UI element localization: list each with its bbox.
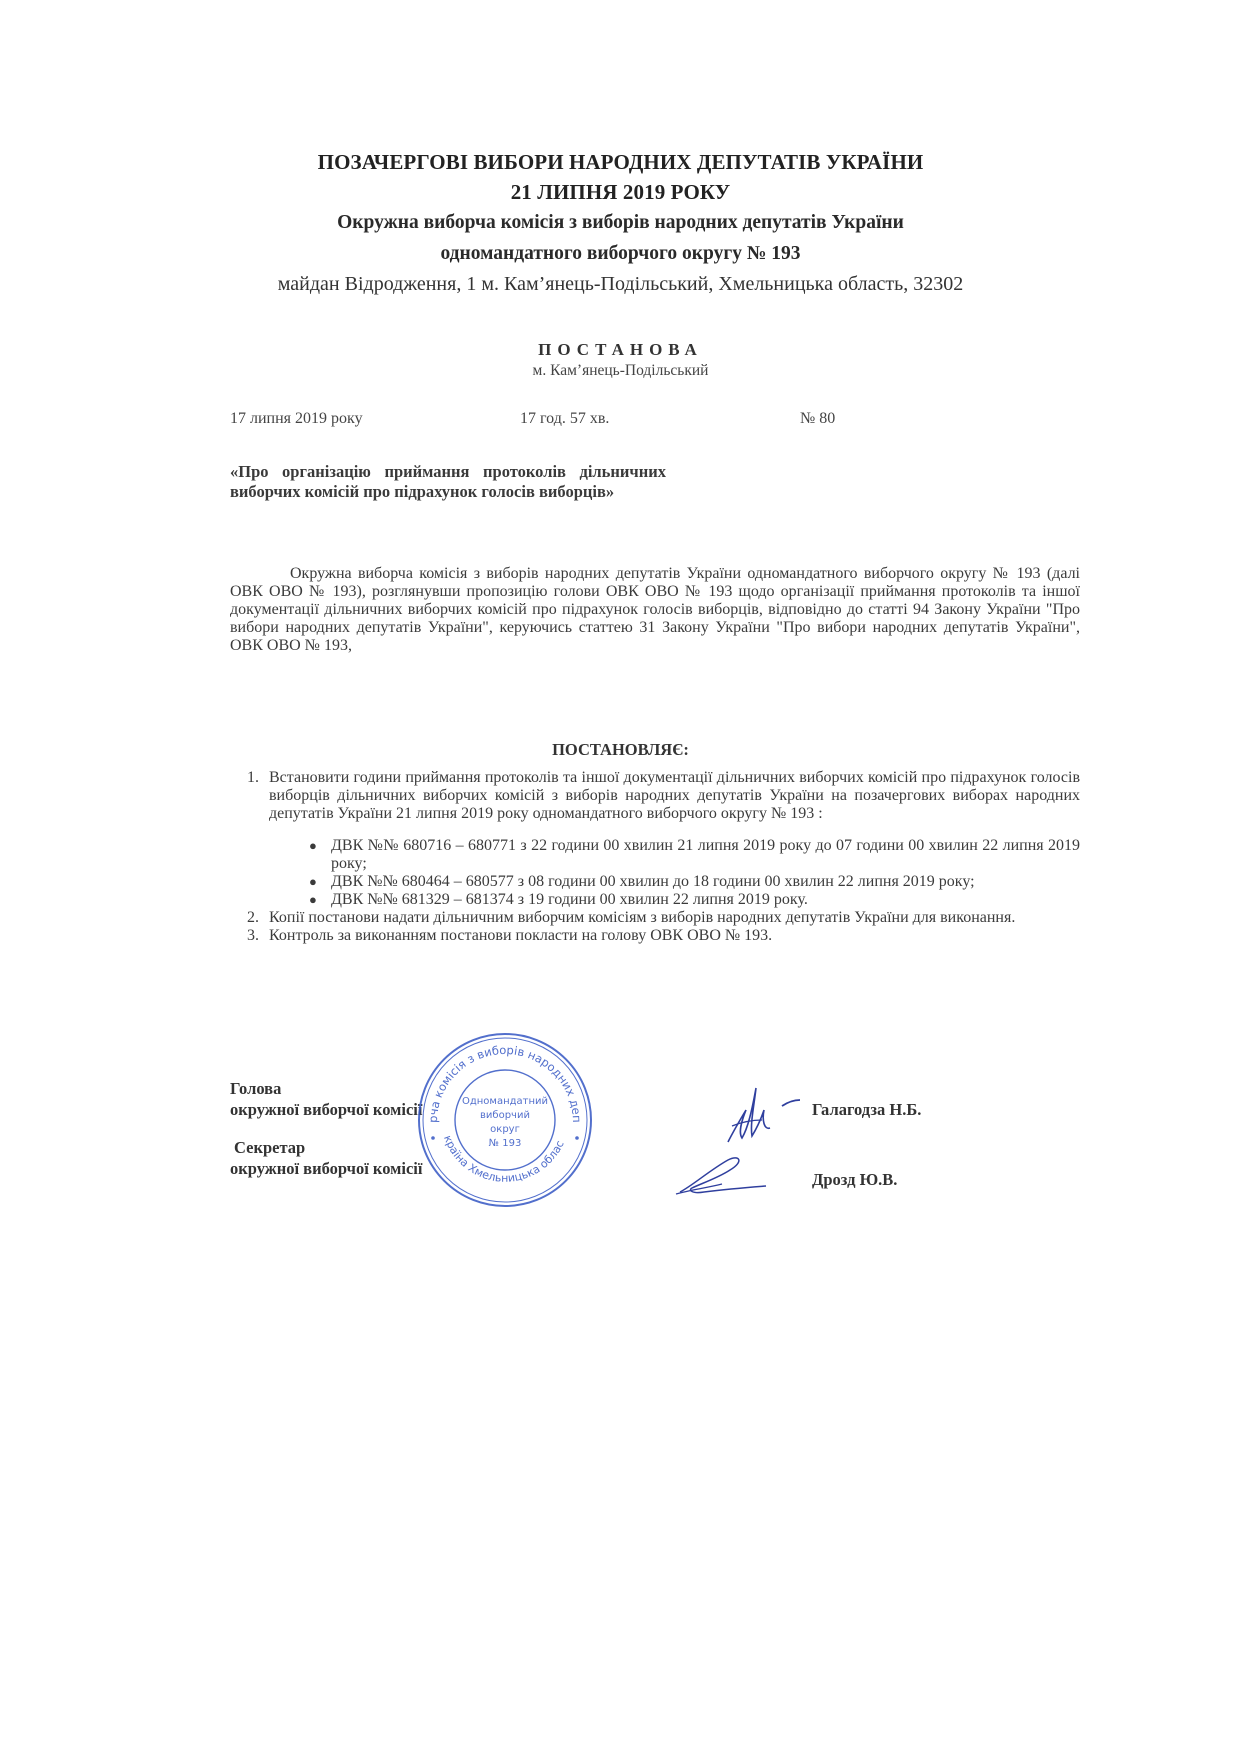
preamble-text: Окружна виборча комісія з виборів народн… — [230, 565, 1080, 654]
item-text: Копії постанови надати дільничним виборч… — [269, 909, 1015, 926]
document-date: 17 липня 2019 року — [230, 410, 363, 428]
chair-signature-icon — [720, 1080, 820, 1150]
svg-text:№ 193: № 193 — [489, 1138, 522, 1149]
item-text: Контроль за виконанням постанови покласт… — [269, 927, 772, 944]
official-stamp-icon: Окружна виборча комісія з виборів народн… — [415, 1030, 595, 1210]
list-item: ●ДВК №№ 680716 – 680771 з 22 години 00 х… — [269, 837, 1080, 873]
chair-name: Галагодза Н.Б. — [812, 1100, 921, 1120]
item-number: 3. — [247, 927, 259, 945]
resolves-heading: ПОСТАНОВЛЯЄ: — [0, 740, 1241, 760]
document-subject: «Про організацію приймання протоколів ді… — [230, 462, 666, 502]
document-time: 17 год. 57 хв. — [520, 410, 609, 428]
secretary-signature-icon — [670, 1150, 780, 1200]
document-type: ПОСТАНОВА — [0, 340, 1241, 360]
item-number: 1. — [247, 769, 259, 787]
item-number: 2. — [247, 909, 259, 927]
election-date: 21 ЛИПНЯ 2019 РОКУ — [0, 180, 1241, 205]
preamble: Окружна виборча комісія з виборів народн… — [230, 565, 1080, 655]
svg-text:виборчий: виборчий — [480, 1110, 530, 1121]
resolution-item-2: 2. Копії постанови надати дільничним виб… — [247, 909, 1080, 927]
resolution-item-1: 1. Встановити години приймання протоколі… — [247, 769, 1080, 909]
list-item: ●ДВК №№ 680464 – 680577 з 08 години 00 х… — [269, 873, 1080, 891]
document-city: м. Кам’янець-Подільський — [0, 362, 1241, 380]
svg-text:округ: округ — [490, 1124, 520, 1135]
item-text: Встановити години приймання протоколів т… — [269, 769, 1080, 822]
secretary-name: Дрозд Ю.В. — [812, 1170, 897, 1190]
district-name: одномандатного виборчого округу № 193 — [0, 243, 1241, 265]
commission-address: майдан Відродження, 1 м. Кам’янець-Поділ… — [0, 273, 1241, 296]
bullet-icon: ● — [309, 873, 317, 891]
commission-name: Окружна виборча комісія з виборів народн… — [0, 212, 1241, 234]
secretary-label: Секретар окружної виборчої комісії — [230, 1137, 422, 1179]
bullet-icon: ● — [309, 837, 317, 855]
chair-label: Голова окружної виборчої комісії — [230, 1078, 422, 1120]
resolution-item-3: 3. Контроль за виконанням постанови покл… — [247, 927, 1080, 945]
list-item: ●ДВК №№ 681329 – 681374 з 19 години 00 х… — [269, 891, 1080, 909]
bullet-icon: ● — [309, 891, 317, 909]
polling-station-list: ●ДВК №№ 680716 – 680771 з 22 години 00 х… — [269, 837, 1080, 909]
document-number: № 80 — [800, 410, 835, 428]
resolution-list: 1. Встановити години приймання протоколі… — [247, 769, 1080, 945]
svg-text:Одномандатний: Одномандатний — [462, 1096, 548, 1107]
election-title: ПОЗАЧЕРГОВІ ВИБОРИ НАРОДНИХ ДЕПУТАТІВ УК… — [0, 150, 1241, 175]
